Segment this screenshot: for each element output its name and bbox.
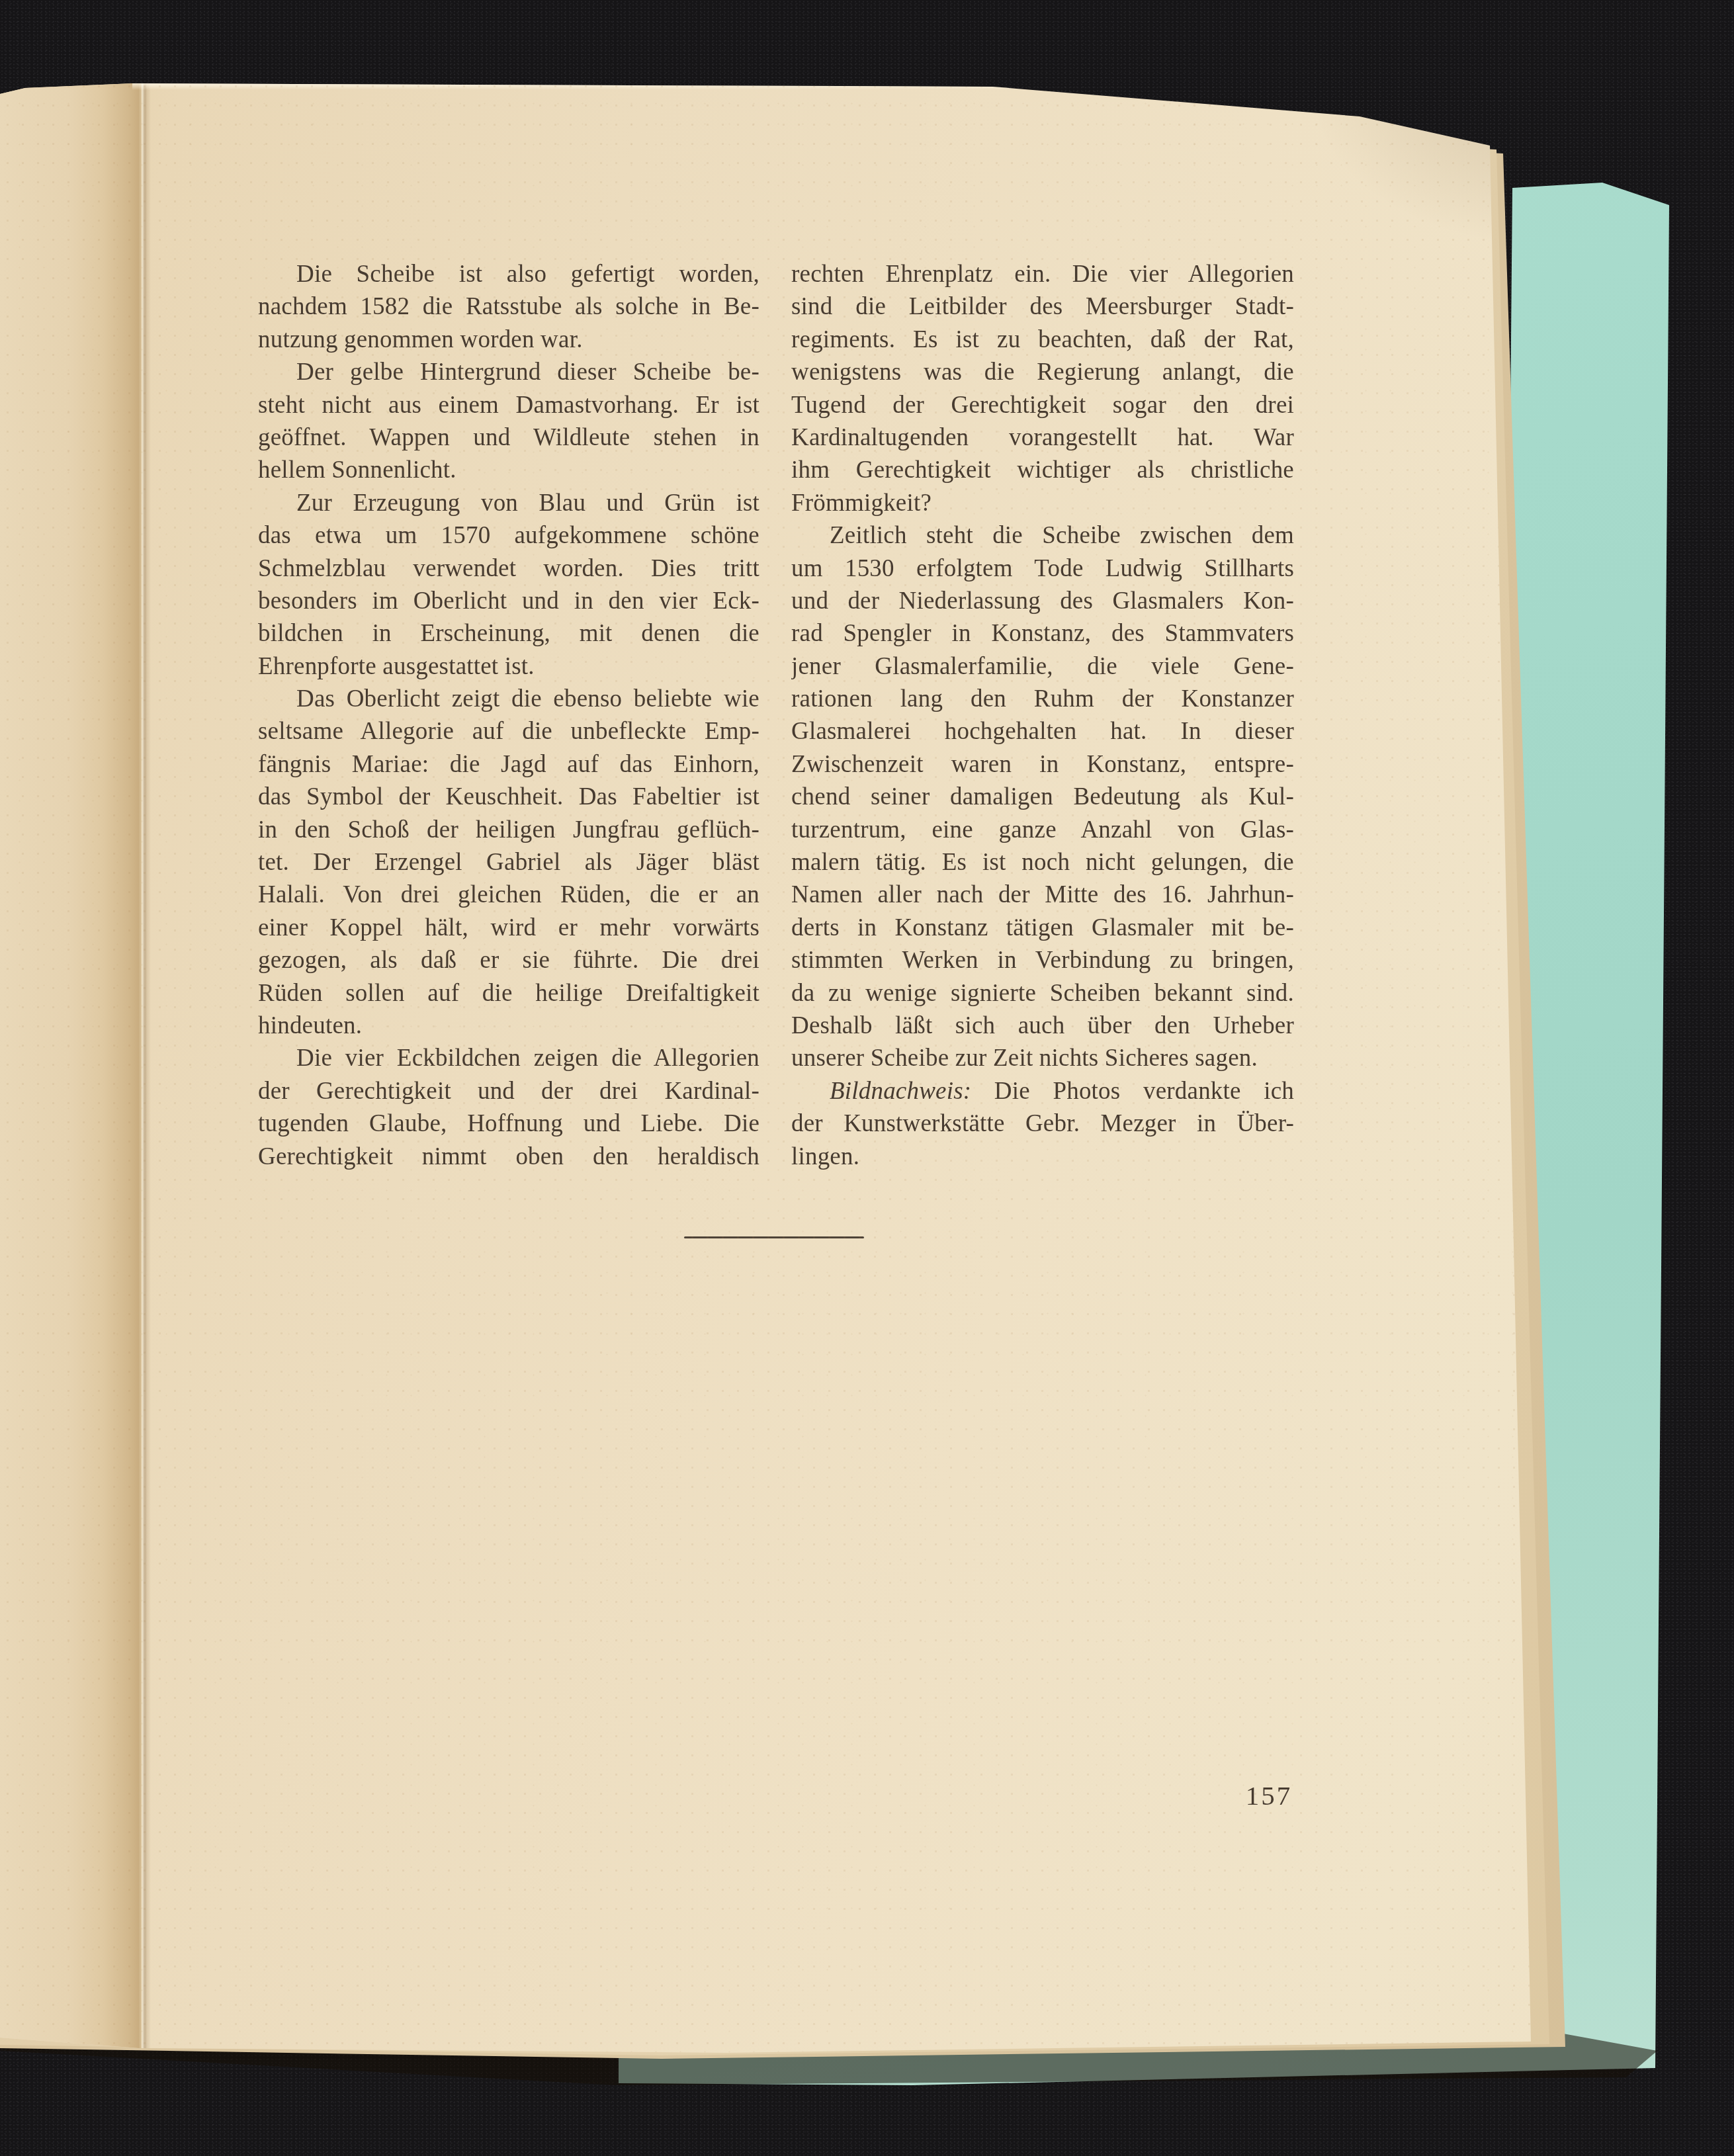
text-line: Glasmalerei hochgehalten hat. In dieser <box>791 715 1294 748</box>
text-line: Frömmigkeit? <box>791 487 1294 519</box>
text-line: hindeuten. <box>258 1010 759 1042</box>
text-line: sind die Leitbilder des Meersburger Stad… <box>791 290 1294 323</box>
text-line: da zu wenige signierte Scheiben bekannt … <box>791 977 1294 1010</box>
book-page: Die Scheibe ist also gefertigt worden,na… <box>0 0 1734 2156</box>
text-line: malern tätig. Es ist noch nicht gelungen… <box>791 846 1294 879</box>
text-line: Das Oberlicht zeigt die ebenso beliebte … <box>258 683 759 715</box>
text-line: bildchen in Erscheinung, mit denen die <box>258 617 759 650</box>
page-number: 157 <box>1229 1780 1309 1811</box>
text-line: rad Spengler in Konstanz, des Stammvater… <box>791 617 1294 650</box>
text-line: Rüden sollen auf die heilige Dreifaltigk… <box>258 977 759 1010</box>
text-line: ihm Gerechtigkeit wichtiger als christli… <box>791 454 1294 486</box>
gutter-fold <box>0 0 143 2156</box>
scanned-page-photo: Die Scheibe ist also gefertigt worden,na… <box>0 0 1734 2156</box>
text-line: das Symbol der Keuschheit. Das Fabeltier… <box>258 781 759 813</box>
text-line: Die Scheibe ist also gefertigt worden, <box>258 258 759 290</box>
section-divider-rule <box>684 1236 864 1238</box>
text-line: besonders im Oberlicht und in den vier E… <box>258 585 759 617</box>
text-line: nachdem 1582 die Ratsstube als solche in… <box>258 290 759 323</box>
text-line: unserer Scheibe zur Zeit nichts Sicheres… <box>791 1042 1294 1074</box>
text-line: Zur Erzeugung von Blau und Grün ist <box>258 487 759 519</box>
text-line: das etwa um 1570 aufgekommene schöne <box>258 519 759 552</box>
text-line: turzentrum, eine ganze Anzahl von Glas- <box>791 814 1294 846</box>
text-line: Deshalb läßt sich auch über den Urheber <box>791 1010 1294 1042</box>
text-line: jener Glasmalerfamilie, die viele Gene- <box>791 650 1294 683</box>
text-line: regiments. Es ist zu beachten, daß der R… <box>791 323 1294 356</box>
text-line: wenigstens was die Regierung anlangt, di… <box>791 356 1294 388</box>
text-line: Bildnachweis: Die Photos verdankte ich <box>791 1075 1294 1107</box>
italic-leadin: Bildnachweis: <box>830 1078 971 1105</box>
text-line: Schmelzblau verwendet worden. Dies tritt <box>258 552 759 585</box>
text-line: der Gerechtigkeit und der drei Kardinal- <box>258 1075 759 1107</box>
text-line: Ehrenpforte ausgestattet ist. <box>258 650 759 683</box>
gutter-crease-shadow <box>142 0 151 2156</box>
text-line: einer Koppel hält, wird er mehr vorwärts <box>258 912 759 944</box>
text-line: chend seiner damaligen Bedeutung als Kul… <box>791 781 1294 813</box>
text-line: in den Schoß der heiligen Jungfrau geflü… <box>258 814 759 846</box>
text-line: lingen. <box>791 1141 1294 1173</box>
text-line: um 1530 erfolgtem Tode Ludwig Stillharts <box>791 552 1294 585</box>
text-line: Zwischenzeit waren in Konstanz, entspre- <box>791 748 1294 781</box>
text-column-left: Die Scheibe ist also gefertigt worden,na… <box>258 258 759 1173</box>
text-column-right: rechten Ehrenplatz ein. Die vier Allegor… <box>791 258 1294 1173</box>
top-edge-highlight <box>132 83 1495 90</box>
text-line: Namen aller nach der Mitte des 16. Jahrh… <box>791 879 1294 911</box>
text-line: nutzung genommen worden war. <box>258 323 759 356</box>
text-line: Die vier Eckbildchen zeigen die Allegori… <box>258 1042 759 1074</box>
text-line: Der gelbe Hintergrund dieser Scheibe be- <box>258 356 759 388</box>
text-line: Zeitlich steht die Scheibe zwischen dem <box>791 519 1294 552</box>
text-line: der Kunstwerkstätte Gebr. Mezger in Über… <box>791 1107 1294 1140</box>
text-line: Halali. Von drei gleichen Rüden, die er … <box>258 879 759 911</box>
text-line: geöffnet. Wappen und Wildleute stehen in <box>258 421 759 454</box>
text-line: seltsame Allegorie auf die unbefleckte E… <box>258 715 759 748</box>
text-line: rechten Ehrenplatz ein. Die vier Allegor… <box>791 258 1294 290</box>
text-line: stimmten Werken in Verbindung zu bringen… <box>791 944 1294 976</box>
text-line: hellem Sonnenlicht. <box>258 454 759 486</box>
text-line: Gerechtigkeit nimmt oben den heraldisch <box>258 1141 759 1173</box>
text-line: fängnis Mariae: die Jagd auf das Einhorn… <box>258 748 759 781</box>
text-line: derts in Konstanz tätigen Glasmaler mit … <box>791 912 1294 944</box>
text-line: rationen lang den Ruhm der Konstanzer <box>791 683 1294 715</box>
text-line: gezogen, als daß er sie führte. Die drei <box>258 944 759 976</box>
text-line: und der Niederlassung des Glasmalers Kon… <box>791 585 1294 617</box>
text-line: Kardinaltugenden vorangestellt hat. War <box>791 421 1294 454</box>
text-line: tugenden Glaube, Hoffnung und Liebe. Die <box>258 1107 759 1140</box>
text-line: tet. Der Erzengel Gabriel als Jäger bläs… <box>258 846 759 879</box>
text-line: steht nicht aus einem Damastvorhang. Er … <box>258 389 759 421</box>
text-line: Tugend der Gerechtigkeit sogar den drei <box>791 389 1294 421</box>
